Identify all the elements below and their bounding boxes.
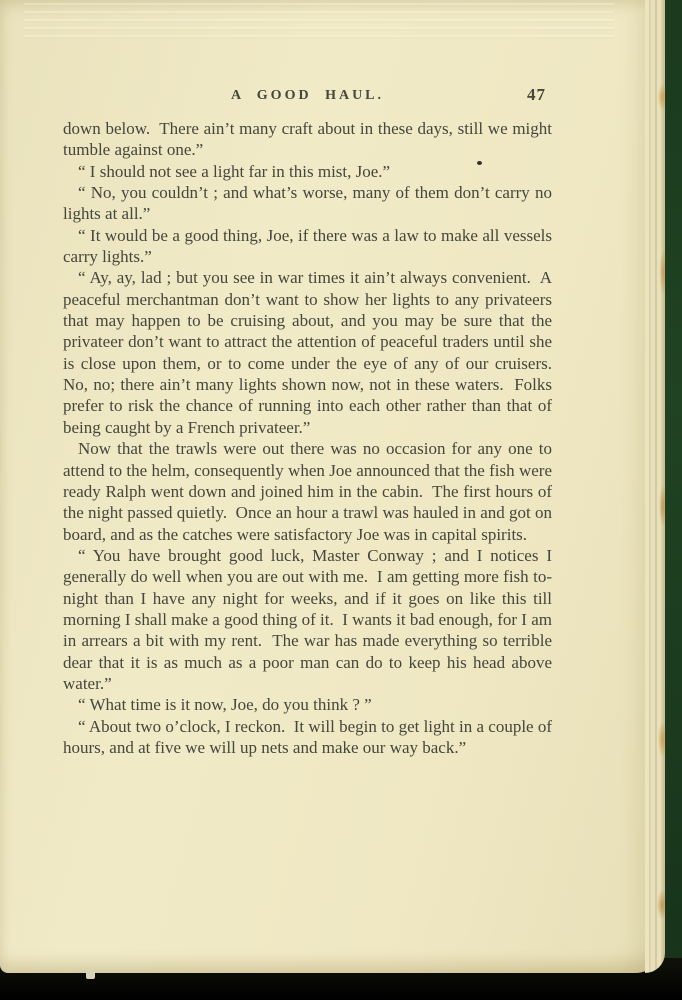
running-head: A GOOD HAUL. 47 [63, 85, 552, 107]
paragraph: down below. There ain’t many craft about… [63, 118, 552, 161]
page-deckle-edge [645, 0, 665, 973]
paragraph: “ You have brought good luck, Master Con… [63, 545, 552, 694]
ink-speck [477, 161, 482, 165]
paragraph: “ Ay, ay, lad ; but you see in war times… [63, 267, 552, 438]
paragraph: “ What time is it now, Joe, do you think… [63, 694, 552, 715]
paragraph: “ It would be a good thing, Joe, if ther… [63, 225, 552, 268]
page-number: 47 [527, 85, 546, 105]
paragraph: “ About two o’clock, I reckon. It will b… [63, 716, 552, 759]
paragraph: Now that the trawls were out there was n… [63, 438, 552, 545]
previous-page-showthrough [24, 3, 614, 39]
page-notch [86, 969, 95, 979]
book-page: A GOOD HAUL. 47 down below. There ain’t … [0, 0, 665, 973]
scanned-book-photo: A GOOD HAUL. 47 down below. There ain’t … [0, 0, 682, 1000]
paragraph: “ No, you couldn’t ; and what’s worse, m… [63, 182, 552, 225]
body-text: down below. There ain’t many craft about… [63, 118, 552, 758]
page-title: A GOOD HAUL. [63, 88, 552, 104]
